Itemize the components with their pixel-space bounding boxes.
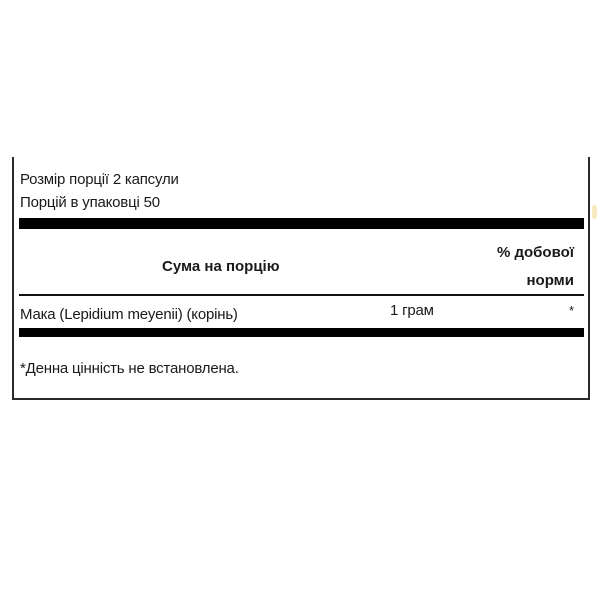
ingredient-daily-value: * bbox=[569, 302, 574, 320]
thick-divider-top bbox=[19, 218, 584, 229]
servings-per-container-text: Порцій в упаковці 50 bbox=[20, 194, 160, 212]
amount-per-serving-header: Сума на порцію bbox=[162, 258, 280, 276]
supplement-facts-panel: Розмір порції 2 капсули Порцій в упаковц… bbox=[12, 157, 590, 400]
ingredient-amount: 1 грам bbox=[390, 302, 434, 320]
thin-divider bbox=[19, 294, 584, 296]
thick-divider-bottom bbox=[19, 328, 584, 337]
footnote-text: *Денна цінність не встановлена. bbox=[20, 360, 239, 378]
daily-value-header-line1: % добової bbox=[497, 244, 574, 262]
ingredient-name: Мака (Lepidium meyenii) (корінь) bbox=[20, 306, 238, 324]
background-artifact bbox=[592, 205, 597, 219]
serving-size-text: Розмір порції 2 капсули bbox=[20, 171, 179, 189]
daily-value-header-line2: норми bbox=[526, 272, 574, 290]
